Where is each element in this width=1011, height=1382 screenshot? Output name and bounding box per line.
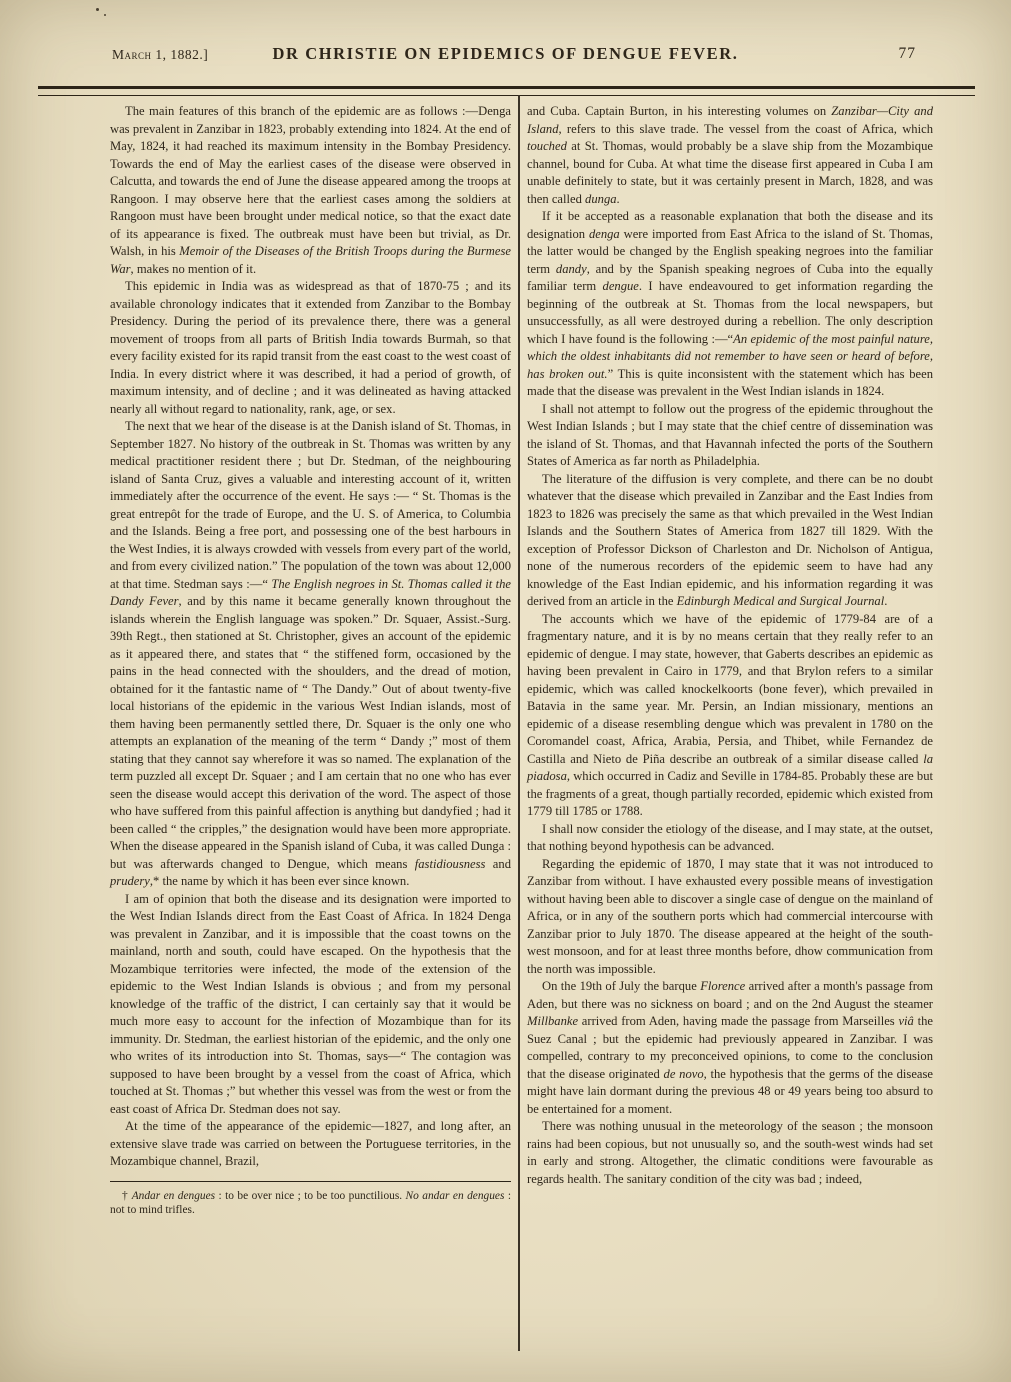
- left-column: The main features of this branch of the …: [110, 103, 511, 1218]
- paragraph: I am of opinion that both the disease an…: [110, 891, 511, 1119]
- paragraph: On the 19th of July the barque Florence …: [527, 978, 933, 1118]
- footnote-text: † Andar en dengues : to be over nice ; t…: [110, 1189, 511, 1219]
- page-header: March 1, 1882.] DR CHRISTIE ON EPIDEMICS…: [0, 44, 1011, 70]
- paragraph: † Andar en dengues : to be over nice ; t…: [110, 1189, 511, 1219]
- paragraph: I shall not attempt to follow out the pr…: [527, 401, 933, 471]
- paragraph: I shall now consider the etiology of the…: [527, 821, 933, 856]
- page-title: DR CHRISTIE ON EPIDEMICS OF DENGUE FEVER…: [0, 44, 1011, 64]
- paragraph: and Cuba. Captain Burton, in his interes…: [527, 103, 933, 208]
- right-column: and Cuba. Captain Burton, in his interes…: [527, 103, 933, 1188]
- paragraph: Regarding the epidemic of 1870, I may st…: [527, 856, 933, 979]
- paragraph: At the time of the appearance of the epi…: [110, 1118, 511, 1171]
- left-column-text: The main features of this branch of the …: [110, 103, 511, 1171]
- paragraph: The literature of the diffusion is very …: [527, 471, 933, 611]
- paragraph: The main features of this branch of the …: [110, 103, 511, 278]
- scan-speck: [96, 8, 99, 11]
- header-double-rule: [38, 86, 975, 96]
- paragraph: If it be accepted as a reasonable explan…: [527, 208, 933, 401]
- paragraph: There was nothing unusual in the meteoro…: [527, 1118, 933, 1188]
- paragraph: The accounts which we have of the epidem…: [527, 611, 933, 821]
- column-divider-rule: [518, 95, 520, 1351]
- paragraph: This epidemic in India was as widespread…: [110, 278, 511, 418]
- right-column-text: and Cuba. Captain Burton, in his interes…: [527, 103, 933, 1188]
- footnote-block: † Andar en dengues : to be over nice ; t…: [110, 1181, 511, 1219]
- page-number: 77: [899, 45, 917, 63]
- journal-page: March 1, 1882.] DR CHRISTIE ON EPIDEMICS…: [0, 0, 1011, 1382]
- paragraph: The next that we hear of the disease is …: [110, 418, 511, 891]
- scan-speck: [104, 14, 106, 16]
